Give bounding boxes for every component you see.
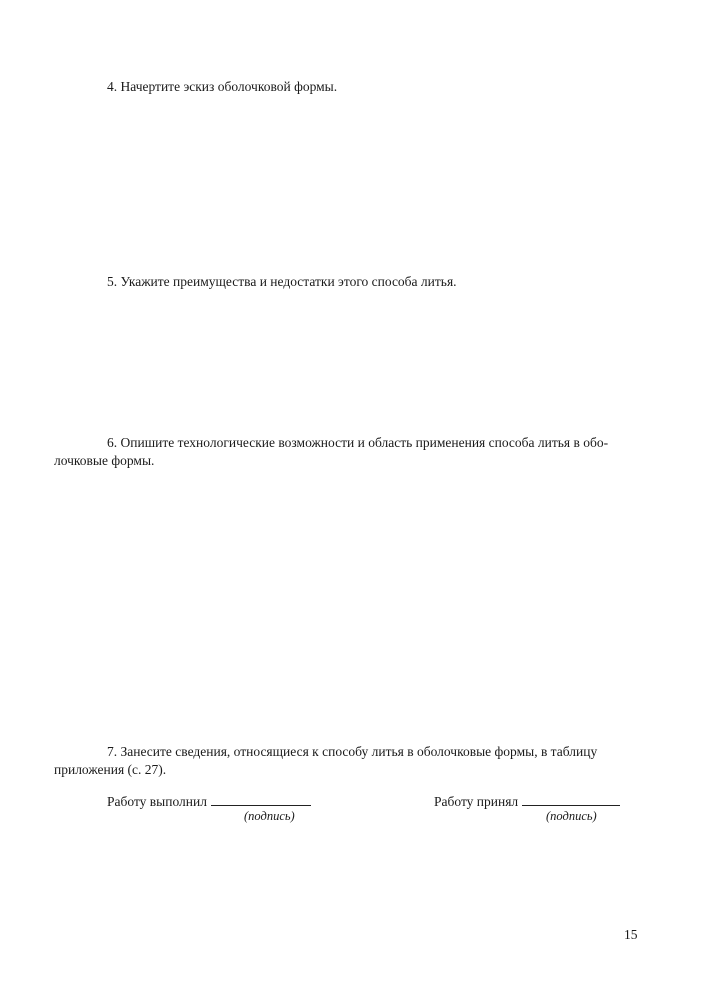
task-7-line-2: приложения (с. 27). — [54, 761, 640, 779]
signature-caption-left: (подпись) — [244, 809, 295, 824]
signature-done-line — [211, 792, 311, 806]
task-4: 4. Начертите эскиз оболочковой формы. — [107, 78, 337, 96]
signature-done-label: Работу выполнил — [107, 794, 207, 809]
signature-accepted-label: Работу принял — [434, 794, 518, 809]
signature-caption-right: (подпись) — [546, 809, 597, 824]
task-6-line-1: 6. Опишите технологические возможности и… — [54, 434, 640, 452]
task-5: 5. Укажите преимущества и недостатки это… — [107, 273, 457, 291]
signature-accepted-line — [522, 792, 620, 806]
task-6-line-2: лочковые формы. — [54, 452, 640, 470]
page-number: 15 — [624, 927, 638, 943]
task-7: 7. Занесите сведения, относящиеся к спос… — [54, 743, 640, 779]
task-6: 6. Опишите технологические возможности и… — [54, 434, 640, 470]
task-7-line-1: 7. Занесите сведения, относящиеся к спос… — [54, 743, 640, 761]
